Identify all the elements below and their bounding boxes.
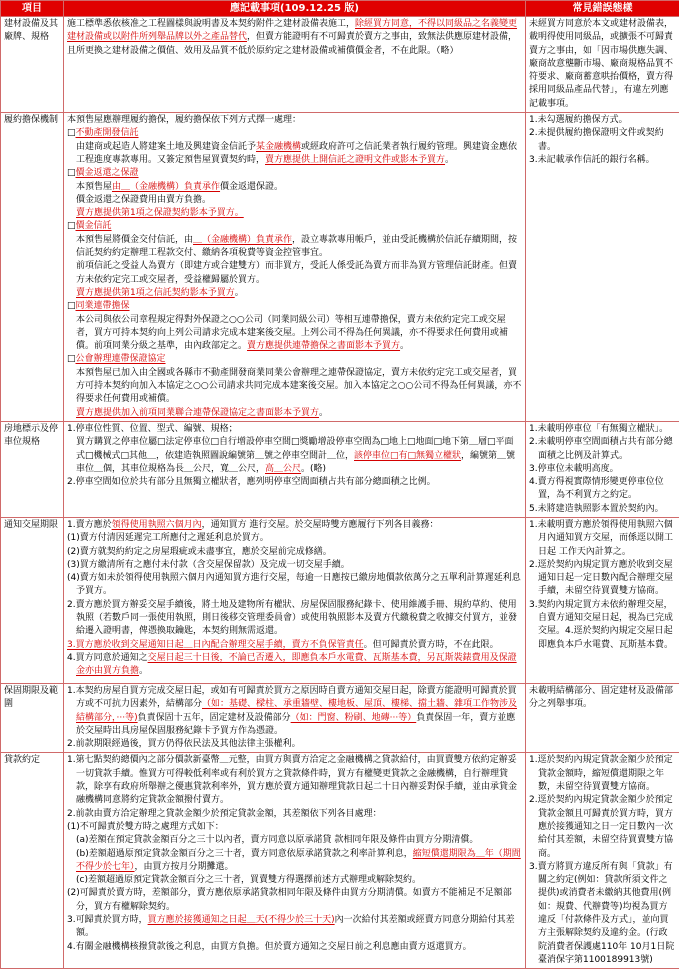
text-run: 價金返還之保證費用由賣方負擔。	[76, 195, 211, 205]
presale-contract-table: 項目 應記載事項(109.12.25 版) 常見錯誤態樣 建材設備及其廠牌、規格…	[0, 0, 679, 969]
emphasis-text: 該停車位□有□無獨立權狀	[354, 451, 461, 461]
error-item: 1.未勾選履約擔保方式。	[529, 114, 676, 127]
emphasis-text: 賣方應提供連帶擔保之書面影本予買方	[247, 341, 400, 351]
emphasis-text: 高＿公尺	[265, 464, 301, 474]
table-row: 建材設備及其廠牌、規格施工標準悉依核准之工程圖樣與說明書及本契約附件之建材設備表…	[1, 17, 679, 113]
error-item: 3.未記載承作信託的銀行名稱。	[529, 154, 676, 167]
emphasis-text: （如：門窗、粉刷、地磚···等）	[291, 713, 417, 723]
error-item: 3.賣方將買方違反所有與「貸款」有關之約定(例如：貸款所須文件之提供)或消費者未…	[529, 861, 676, 967]
column-header-item: 項目	[1, 1, 64, 17]
text-run: 本預售屋	[76, 182, 112, 192]
text-run: 本預售屋已加入由全國或各縣市不動產開發商業同業公會辦理之連帶保證協定，賣方未依約…	[76, 368, 521, 405]
text-run: □	[67, 301, 76, 311]
required-items-cell: 1.第七點契約總價內之部分價款新臺幣＿元整，由買方與賣方洽定之金融機構之貸款給付…	[64, 753, 526, 969]
paragraph: □價金信託	[67, 220, 522, 233]
row-label: 建材設備及其廠牌、規格	[1, 17, 64, 113]
error-item: 2.未提供履約擔保證明文件或契約書。	[529, 127, 676, 154]
error-item: 3.停車位未載明高度。	[529, 463, 676, 476]
emphasis-text: 價金信託	[76, 221, 112, 231]
required-items-cell: 施工標準悉依核准之工程圖樣與說明書及本契約附件之建材設備表施工，除經買方同意，不…	[64, 17, 526, 113]
common-errors-cell: 1.未載明賣方應於領得使用執照六個月內通知買方交屋，而係逕以開工日起 工作天內計…	[526, 517, 679, 683]
paragraph: 賣方應提供加入前項同業聯合連帶保證協定之書面影本予買方。	[67, 407, 522, 420]
paragraph: 本預售屋由＿（金融機構）負責承作價金返還保證。	[67, 181, 522, 194]
text-run: 4.買方同意於通知之	[67, 653, 148, 663]
row-label: 通知交屋期限	[1, 517, 64, 683]
text-run: 。	[235, 288, 244, 298]
emphasis-text: 賣方應提供上開信託之證明文件或影本予買方	[265, 155, 445, 165]
paragraph: (b)差額超過原預定貸款金額百分之三十者，賣方同意依原承諾貸款之利率計算利息，縮…	[67, 848, 522, 875]
required-items-cell: 1.停車位性質、位置、型式、編號、規格；買方購買之停車位屬□法定停車位□自行增設…	[64, 421, 526, 517]
common-errors-cell: 未經買方同意於本文或建材設備表，載明得使用同級品，或擴張不可歸責賣方之事由，如「…	[526, 17, 679, 113]
text-run: 本預售屋將價金交付信託，由	[76, 235, 193, 245]
paragraph: 3.可歸責於買方時，買方應於接獲通知之日起＿天(不得少於三十天)內一次給付其差額…	[67, 914, 522, 941]
paragraph: (1)賣方付清因延遲完工所應付之遲延利息於買方。	[67, 532, 522, 545]
error-item: 2.未載明停車空間面積占共有部分總面積之比例及計算式。	[529, 436, 676, 463]
table-row: 履約擔保機制本預售屋應辦理履約擔保，履約擔保依下列方式擇一處理：□不動產開發信託…	[1, 113, 679, 422]
text-run: 。(略)	[301, 464, 326, 474]
paragraph: 1.賣方應於領得使用執照六個月內，通知買方 進行交屋。於交屋時雙方應履行下列各目…	[67, 519, 522, 532]
emphasis-text: 賣方應提供第1項之信託契約影本予買方	[76, 288, 235, 298]
text-run: 1.第七點契約總價內之部分價款新臺幣＿元整，由買方與賣方洽定之金融機構之貸款給付…	[67, 755, 517, 805]
row-label: 保固期限及範圍	[1, 683, 64, 752]
emphasis-text: 不動產開發信託	[76, 128, 139, 138]
text-run: 本預售屋應辦理履約擔保，履約擔保依下列方式擇一處理：	[67, 115, 301, 125]
paragraph: 本預售屋將價金交付信託，由＿（金融機構）負責承作，設立專款專用帳戶，並由受託機構…	[67, 234, 522, 261]
text-run: 2.賣方應於買方辦妥交屋手續後，將土地及建物所有權狀、房屋保固服務紀錄卡、使用維…	[67, 600, 517, 637]
text-run: □	[67, 354, 76, 364]
row-label: 貸款約定	[1, 753, 64, 969]
paragraph: 4.有關金融機構核撥貸款後之利息，由買方負擔。但於賣方通知之交屋日前之利息應由賣…	[67, 941, 522, 954]
error-item: 1.未載明賣方應於領得使用執照六個月內通知買方交屋，而係逕以開工日起 工作天內計…	[529, 519, 676, 559]
paragraph: 4.買方同意於通知之交屋日起三十日後，不論已否遷入，即應負本戶水電費、瓦斯基本費…	[67, 652, 522, 679]
paragraph: 3.買方應於收到交屋通知日起＿日內配合辦理交屋手續，賣方不負保管責任。但可歸責於…	[67, 639, 522, 652]
emphasis-text: 某金融機構	[256, 142, 301, 152]
error-item: 1.未載明停車位「有無獨立權狀」。	[529, 423, 676, 436]
error-item: 未經買方同意於本文或建材設備表，載明得使用同級品，或擴張不可歸責賣方之事由，如「…	[529, 18, 676, 111]
text-run: 前項信託之受益人為賣方（即建方或合建雙方）而非買方，受託人係受託為賣方而非為買方…	[76, 261, 517, 284]
paragraph: (a)差額在預定貸款金額百分之三十以內者，賣方同意以原承諾貸 款相同年限及條件由…	[67, 834, 522, 847]
required-items-cell: 1.賣方應於領得使用執照六個月內，通知買方 進行交屋。於交屋時雙方應履行下列各目…	[64, 517, 526, 683]
paragraph: 賣方應提供第1項之信託契約影本予買方。	[67, 287, 522, 300]
text-run: 。	[400, 341, 409, 351]
paragraph: (1)不可歸責於雙方時之處理方式如下：	[67, 821, 522, 834]
paragraph: 本預售屋已加入由全國或各縣市不動產開發商業同業公會辦理之連帶保證協定，賣方未依約…	[67, 367, 522, 407]
paragraph: 本公司與依公司章程規定得對外保證之○○公司（同業同級公司）等相互連帶擔保，賣方未…	[67, 314, 522, 354]
text-run: 價金返還保證。	[220, 182, 283, 192]
paragraph: 前項信託之受益人為賣方（即建方或合建雙方）而非買方，受託人係受託為賣方而非為買方…	[67, 260, 522, 287]
paragraph: (c)差額超過原預定貸款金額百分之三十者，買賣雙方得選擇前述方式辦理或解除契約。	[67, 874, 522, 887]
paragraph: □不動產開發信託	[67, 127, 522, 140]
required-items-cell: 本預售屋應辦理履約擔保，履約擔保依下列方式擇一處理：□不動產開發信託由建商或起造…	[64, 113, 526, 422]
paragraph: (4)賣方如未於領得使用執照六個月內通知買方進行交屋，每逾一日應按已繳房地價款依…	[67, 572, 522, 599]
emphasis-text: 賣方應提供第1項之保證契約影本予買方。	[76, 208, 244, 218]
text-run: (3)買方繳清所有之應付未付款（含交屋保留款）及完成一切交屋手續。	[67, 560, 350, 570]
common-errors-cell: 1.逕於契約內規定貸款金額少於預定貸款金額時，縮短償還期限之年數，未留空待買賣雙…	[526, 753, 679, 969]
emphasis-text: 賣方應提供加入前項同業聯合連帶保證協定之書面影本予買方	[76, 408, 319, 418]
text-run: 。但可歸責於賣方時，不在此限。	[364, 640, 499, 650]
paragraph: (2)可歸責於賣方時，差額部分，賣方應依原承諾貸款相同年限及條件由買方分期清償。…	[67, 887, 522, 914]
paragraph: 2.前款期限經過後，買方仍得依民法及其他法律主張權利。	[67, 738, 522, 751]
paragraph: 由建商或起造人將建案土地及興建資金信託予某金融機構或經政府許可之信託業者執行履約…	[67, 141, 522, 168]
emphasis-text: 同業連帶擔保	[76, 301, 130, 311]
text-run: ，通知買方 進行交屋。於交屋時雙方應履行下列各目義務：	[202, 520, 439, 530]
text-run: 4.有關金融機構核撥貸款後之利息，由買方負擔。但於賣方通知之交屋日前之利息應由賣…	[67, 942, 472, 952]
contract-table-body: 建材設備及其廠牌、規格施工標準悉依核准之工程圖樣與說明書及本契約附件之建材設備表…	[1, 17, 679, 969]
error-item: 4.賣方得視實際情形變更停車位位置，為不利買方之約定。	[529, 476, 676, 503]
text-run: □	[67, 128, 76, 138]
text-run: (a)差額在預定貸款金額百分之三十以內者，賣方同意以原承諾貸 款相同年限及條件由…	[76, 835, 478, 845]
paragraph: 本預售屋應辦理履約擔保，履約擔保依下列方式擇一處理：	[67, 114, 522, 127]
paragraph: 價金返還之保證費用由賣方負擔。	[67, 194, 522, 207]
text-run: (2)可歸責於賣方時，差額部分，賣方應依原承諾貸款相同年限及條件由買方分期清償。…	[67, 888, 512, 911]
text-run: ，由買方按月分期攤還。	[135, 862, 234, 872]
paragraph: 買方購買之停車位屬□法定停車位□自行增設停車空間□獎勵增設停車空間為□地上□地面…	[67, 436, 522, 476]
table-row: 保固期限及範圍1.本契約房屋自買方完成交屋日起，或如有可歸責於買方之原因時自賣方…	[1, 683, 679, 752]
common-errors-cell: 1.未載明停車位「有無獨立權狀」。2.未載明停車空間面積占共有部分總面積之比例及…	[526, 421, 679, 517]
paragraph: 1.本契約房屋自買方完成交屋日起，或如有可歸責於買方之原因時自賣方通知交屋日起，…	[67, 685, 522, 738]
error-item: 未載明結構部分、固定建材及設備部分之列舉事項。	[529, 685, 676, 712]
text-run: 2.前款由賣方洽定辦理之貸款金額少於預定貸款金額，其差額依下列各目處理：	[67, 809, 382, 819]
text-run: 。	[319, 408, 328, 418]
text-run: □	[67, 168, 76, 178]
column-header-required: 應記載事項(109.12.25 版)	[64, 1, 526, 17]
text-run: (1)賣方付清因延遲完工所應付之遲延利息於買方。	[67, 533, 269, 543]
paragraph: 2.前款由賣方洽定辦理之貸款金額少於預定貸款金額，其差額依下列各目處理：	[67, 808, 522, 821]
error-item: 2.逕於契約內規定買方應於收到交屋通知日起一定日數內配合辦理交屋手續，未留空待買…	[529, 559, 676, 599]
text-run: 施工標準悉依核准之工程圖樣與說明書及本契約附件之建材設備表施工，	[67, 19, 355, 29]
error-item: 3.契約內規定買方未依約辦理交屋，自賣方通知交屋日起，視為已完成交屋。4.逕於契…	[529, 599, 676, 652]
common-errors-cell: 1.未勾選履約擔保方式。2.未提供履約擔保證明文件或契約書。3.未記載承作信託的…	[526, 113, 679, 422]
row-label: 房地標示及停車位規格	[1, 421, 64, 517]
paragraph: 2.賣方應於買方辦妥交屋手續後，將土地及建物所有權狀、房屋保固服務紀錄卡、使用維…	[67, 599, 522, 639]
emphasis-text: ＿（金融機構）負責承作	[193, 235, 292, 245]
emphasis-text: 領得使用執照六個月內	[112, 520, 202, 530]
text-run: 由建商或起造人將建案土地及興建資金信託予	[76, 142, 256, 152]
paragraph: 賣方應提供第1項之保證契約影本予買方。	[67, 207, 522, 220]
error-item: 1.逕於契約內規定貸款金額少於預定貸款金額時，縮短償還期限之年數，未留空待買賣雙…	[529, 754, 676, 794]
paragraph: 施工標準悉依核准之工程圖樣與說明書及本契約附件之建材設備表施工，除經買方同意，不…	[67, 18, 522, 58]
paragraph: □價金返還之保證	[67, 167, 522, 180]
table-header-row: 項目 應記載事項(109.12.25 版) 常見錯誤態樣	[1, 1, 679, 17]
emphasis-text: 由＿（金融機構）負責承作	[112, 182, 220, 192]
paragraph: 2.停車空間如位於共有部分且無獨立權狀者，應列明停車空間面積占共有部分總面積之比…	[67, 476, 522, 489]
text-run: 1.停車位性質、位置、型式、編號、規格；	[67, 424, 238, 434]
text-run: (4)賣方如未於領得使用執照六個月內通知買方進行交屋，每逾一日應按已繳房地價款依…	[67, 573, 521, 596]
required-items-cell: 1.本契約房屋自買方完成交屋日起，或如有可歸責於買方之原因時自賣方通知交屋日起，…	[64, 683, 526, 752]
error-item: 5.未將建造執照影本置於契約內。	[529, 503, 676, 516]
table-row: 通知交屋期限1.賣方應於領得使用執照六個月內，通知買方 進行交屋。於交屋時雙方應…	[1, 517, 679, 683]
text-run: 2.前款期限經過後，買方仍得依民法及其他法律主張權利。	[67, 739, 301, 749]
text-run: (c)差額超過原預定貸款金額百分之三十者，買賣雙方得選擇前述方式辦理或解除契約。	[76, 875, 421, 885]
text-run: (b)差額超過原預定貸款金額百分之三十者，賣方同意依原承諾貸款之利率計算利息，	[76, 849, 413, 859]
paragraph: (2)賣方就契約約定之房屋瑕疵或未盡事宜，應於交屋前完成修繕。	[67, 546, 522, 559]
text-run: □	[67, 221, 76, 231]
text-run: 。	[445, 155, 454, 165]
table-row: 貸款約定1.第七點契約總價內之部分價款新臺幣＿元整，由買方與賣方洽定之金融機構之…	[1, 753, 679, 969]
text-run: 2.停車空間如位於共有部分且無獨立權狀者，應列明停車空間面積占共有部分總面積之比…	[67, 477, 436, 487]
paragraph: □同業連帶擔保	[67, 300, 522, 313]
emphasis-text: 價金返還之保證	[76, 168, 139, 178]
text-run: (2)賣方就契約約定之房屋瑕疵或未盡事宜，應於交屋前完成修繕。	[67, 547, 332, 557]
table-row: 房地標示及停車位規格1.停車位性質、位置、型式、編號、規格；買方購買之停車位屬□…	[1, 421, 679, 517]
paragraph: 1.停車位性質、位置、型式、編號、規格；	[67, 423, 522, 436]
emphasis-text: 公會辦理連帶保證協定	[76, 354, 166, 364]
text-run: (1)不可歸責於雙方時之處理方式如下：	[67, 822, 224, 832]
column-header-errors: 常見錯誤態樣	[526, 1, 679, 17]
emphasis-text: 3.買方應於收到交屋通知日起＿日內配合辦理交屋手續，賣方不負保管責任	[67, 640, 364, 650]
emphasis-text: 買方應於接獲通知之日起＿天(不得少於三十天)	[148, 915, 335, 925]
common-errors-cell: 未載明結構部分、固定建材及設備部分之列舉事項。	[526, 683, 679, 752]
row-label: 履約擔保機制	[1, 113, 64, 422]
text-run: 1.賣方應於	[67, 520, 112, 530]
paragraph: (3)買方繳清所有之應付未付款（含交屋保留款）及完成一切交屋手續。	[67, 559, 522, 572]
paragraph: 1.第七點契約總價內之部分價款新臺幣＿元整，由買方與賣方洽定之金融機構之貸款給付…	[67, 754, 522, 807]
text-run: 。	[139, 666, 148, 676]
text-run: 3.可歸責於買方時，	[67, 915, 148, 925]
paragraph: □公會辦理連帶保證協定	[67, 353, 522, 366]
text-run: 負責保固十五年，固定建材及設備部分	[138, 713, 291, 723]
error-item: 2.逕於契約內規定貸款金額少於預定貸款金額且可歸責於買方時，買方應於接獲通知之日…	[529, 794, 676, 860]
